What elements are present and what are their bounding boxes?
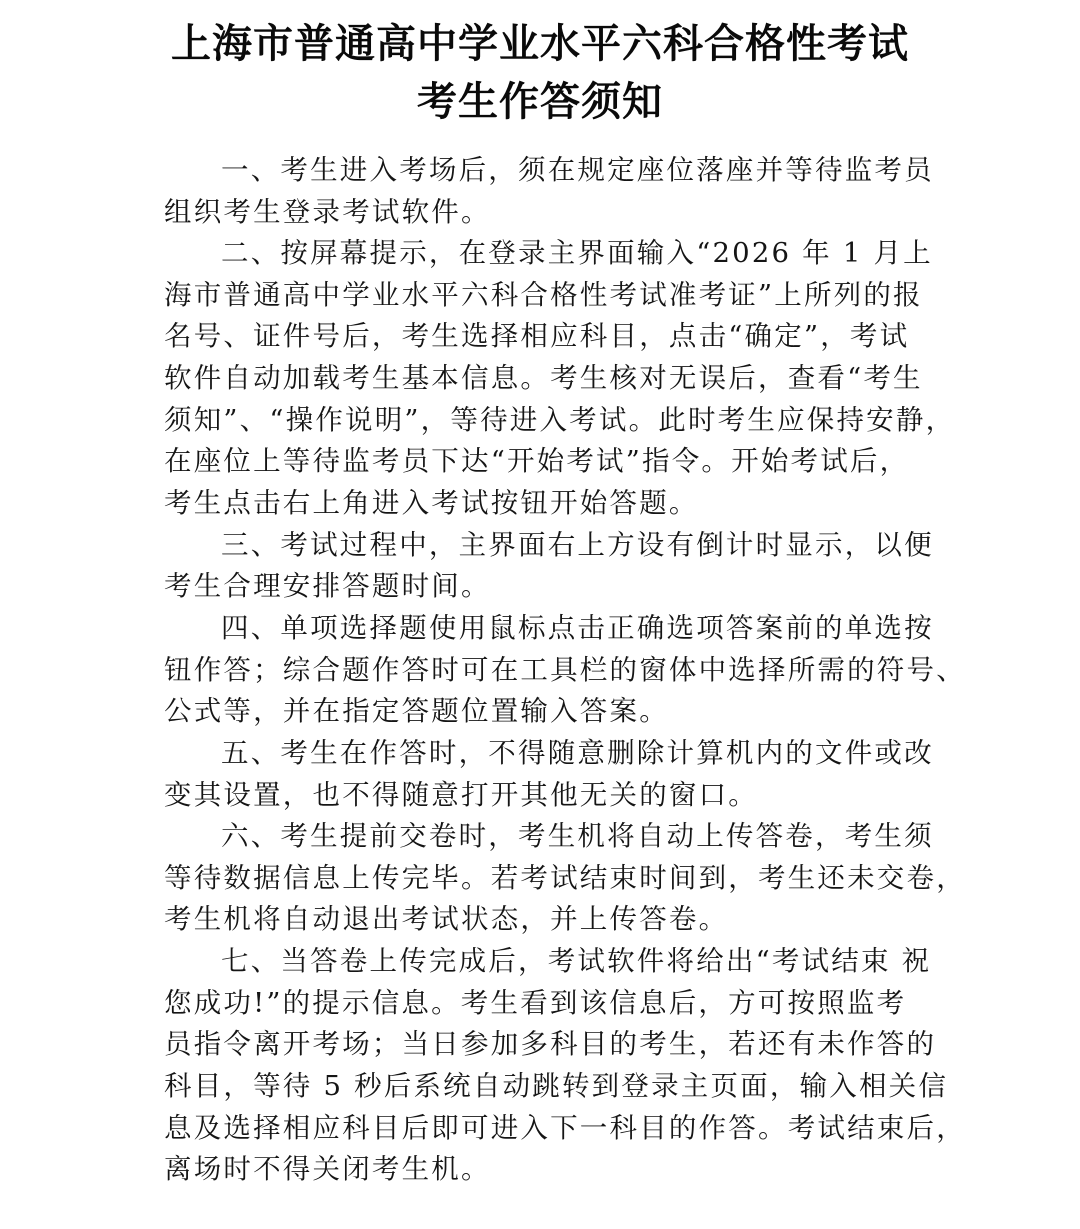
paragraph-line: 离场时不得关闭考生机。	[164, 1149, 491, 1189]
paragraph-line: 考生合理安排答题时间。	[164, 566, 491, 606]
paragraph-line: 六、考生提前交卷时，考生机将自动上传答卷，考生须	[221, 816, 934, 856]
paragraph-line: 一、考生进入考场后，须在规定座位落座并等待监考员	[221, 150, 934, 190]
paragraph-line: 组织考生登录考试软件。	[164, 192, 491, 232]
paragraph-line: 名号、证件号后，考生选择相应科目，点击“确定”，考试	[164, 316, 909, 356]
paragraph-line: 三、考试过程中，主界面右上方设有倒计时显示，以便	[221, 525, 934, 565]
paragraph-line: 考生机将自动退出考试状态，并上传答卷。	[164, 899, 728, 939]
paragraph-line: 须知”、“操作说明”，等待进入考试。此时考生应保持安静，	[164, 400, 955, 440]
paragraph-line: 息及选择相应科目后即可进入下一科目的作答。考试结束后，	[164, 1108, 966, 1148]
paragraph-line: 五、考生在作答时，不得随意删除计算机内的文件或改	[221, 733, 934, 773]
paragraph-line: 等待数据信息上传完毕。若考试结束时间到，考生还未交卷，	[164, 858, 966, 898]
paragraph-line: 海市普通高中学业水平六科合格性考试准考证”上所列的报	[164, 275, 923, 315]
document-title-line-1: 上海市普通高中学业水平六科合格性考试	[0, 20, 1080, 68]
paragraph-line: 七、当答卷上传完成后，考试软件将给出“考试结束 祝	[221, 941, 931, 981]
paragraph-line: 您成功!”的提示信息。考生看到该信息后，方可按照监考	[164, 983, 906, 1023]
paragraph-line: 软件自动加载考生基本信息。考生核对无误后，查看“考生	[164, 358, 923, 398]
paragraph-line: 四、单项选择题使用鼠标点击正确选项答案前的单选按	[221, 608, 934, 648]
paragraph-line: 公式等，并在指定答题位置输入答案。	[164, 691, 669, 731]
paragraph-line: 变其设置，也不得随意打开其他无关的窗口。	[164, 775, 758, 815]
document-title-line-2: 考生作答须知	[0, 78, 1080, 126]
paragraph-line: 考生点击右上角进入考试按钮开始答题。	[164, 483, 699, 523]
paragraph-line: 二、按屏幕提示，在登录主界面输入“2026 年 1 月上	[221, 233, 933, 273]
paragraph-line: 钮作答；综合题作答时可在工具栏的窗体中选择所需的符号、	[164, 650, 966, 690]
paragraph-line: 在座位上等待监考员下达“开始考试”指令。开始考试后，	[164, 441, 909, 481]
paragraph-line: 科目，等待 5 秒后系统自动跳转到登录主页面，输入相关信	[164, 1066, 948, 1106]
paragraph-line: 员指令离开考场；当日参加多科目的考生，若还有未作答的	[164, 1024, 936, 1064]
document-page: 上海市普通高中学业水平六科合格性考试 考生作答须知 一、考生进入考场后，须在规定…	[0, 0, 1080, 1229]
